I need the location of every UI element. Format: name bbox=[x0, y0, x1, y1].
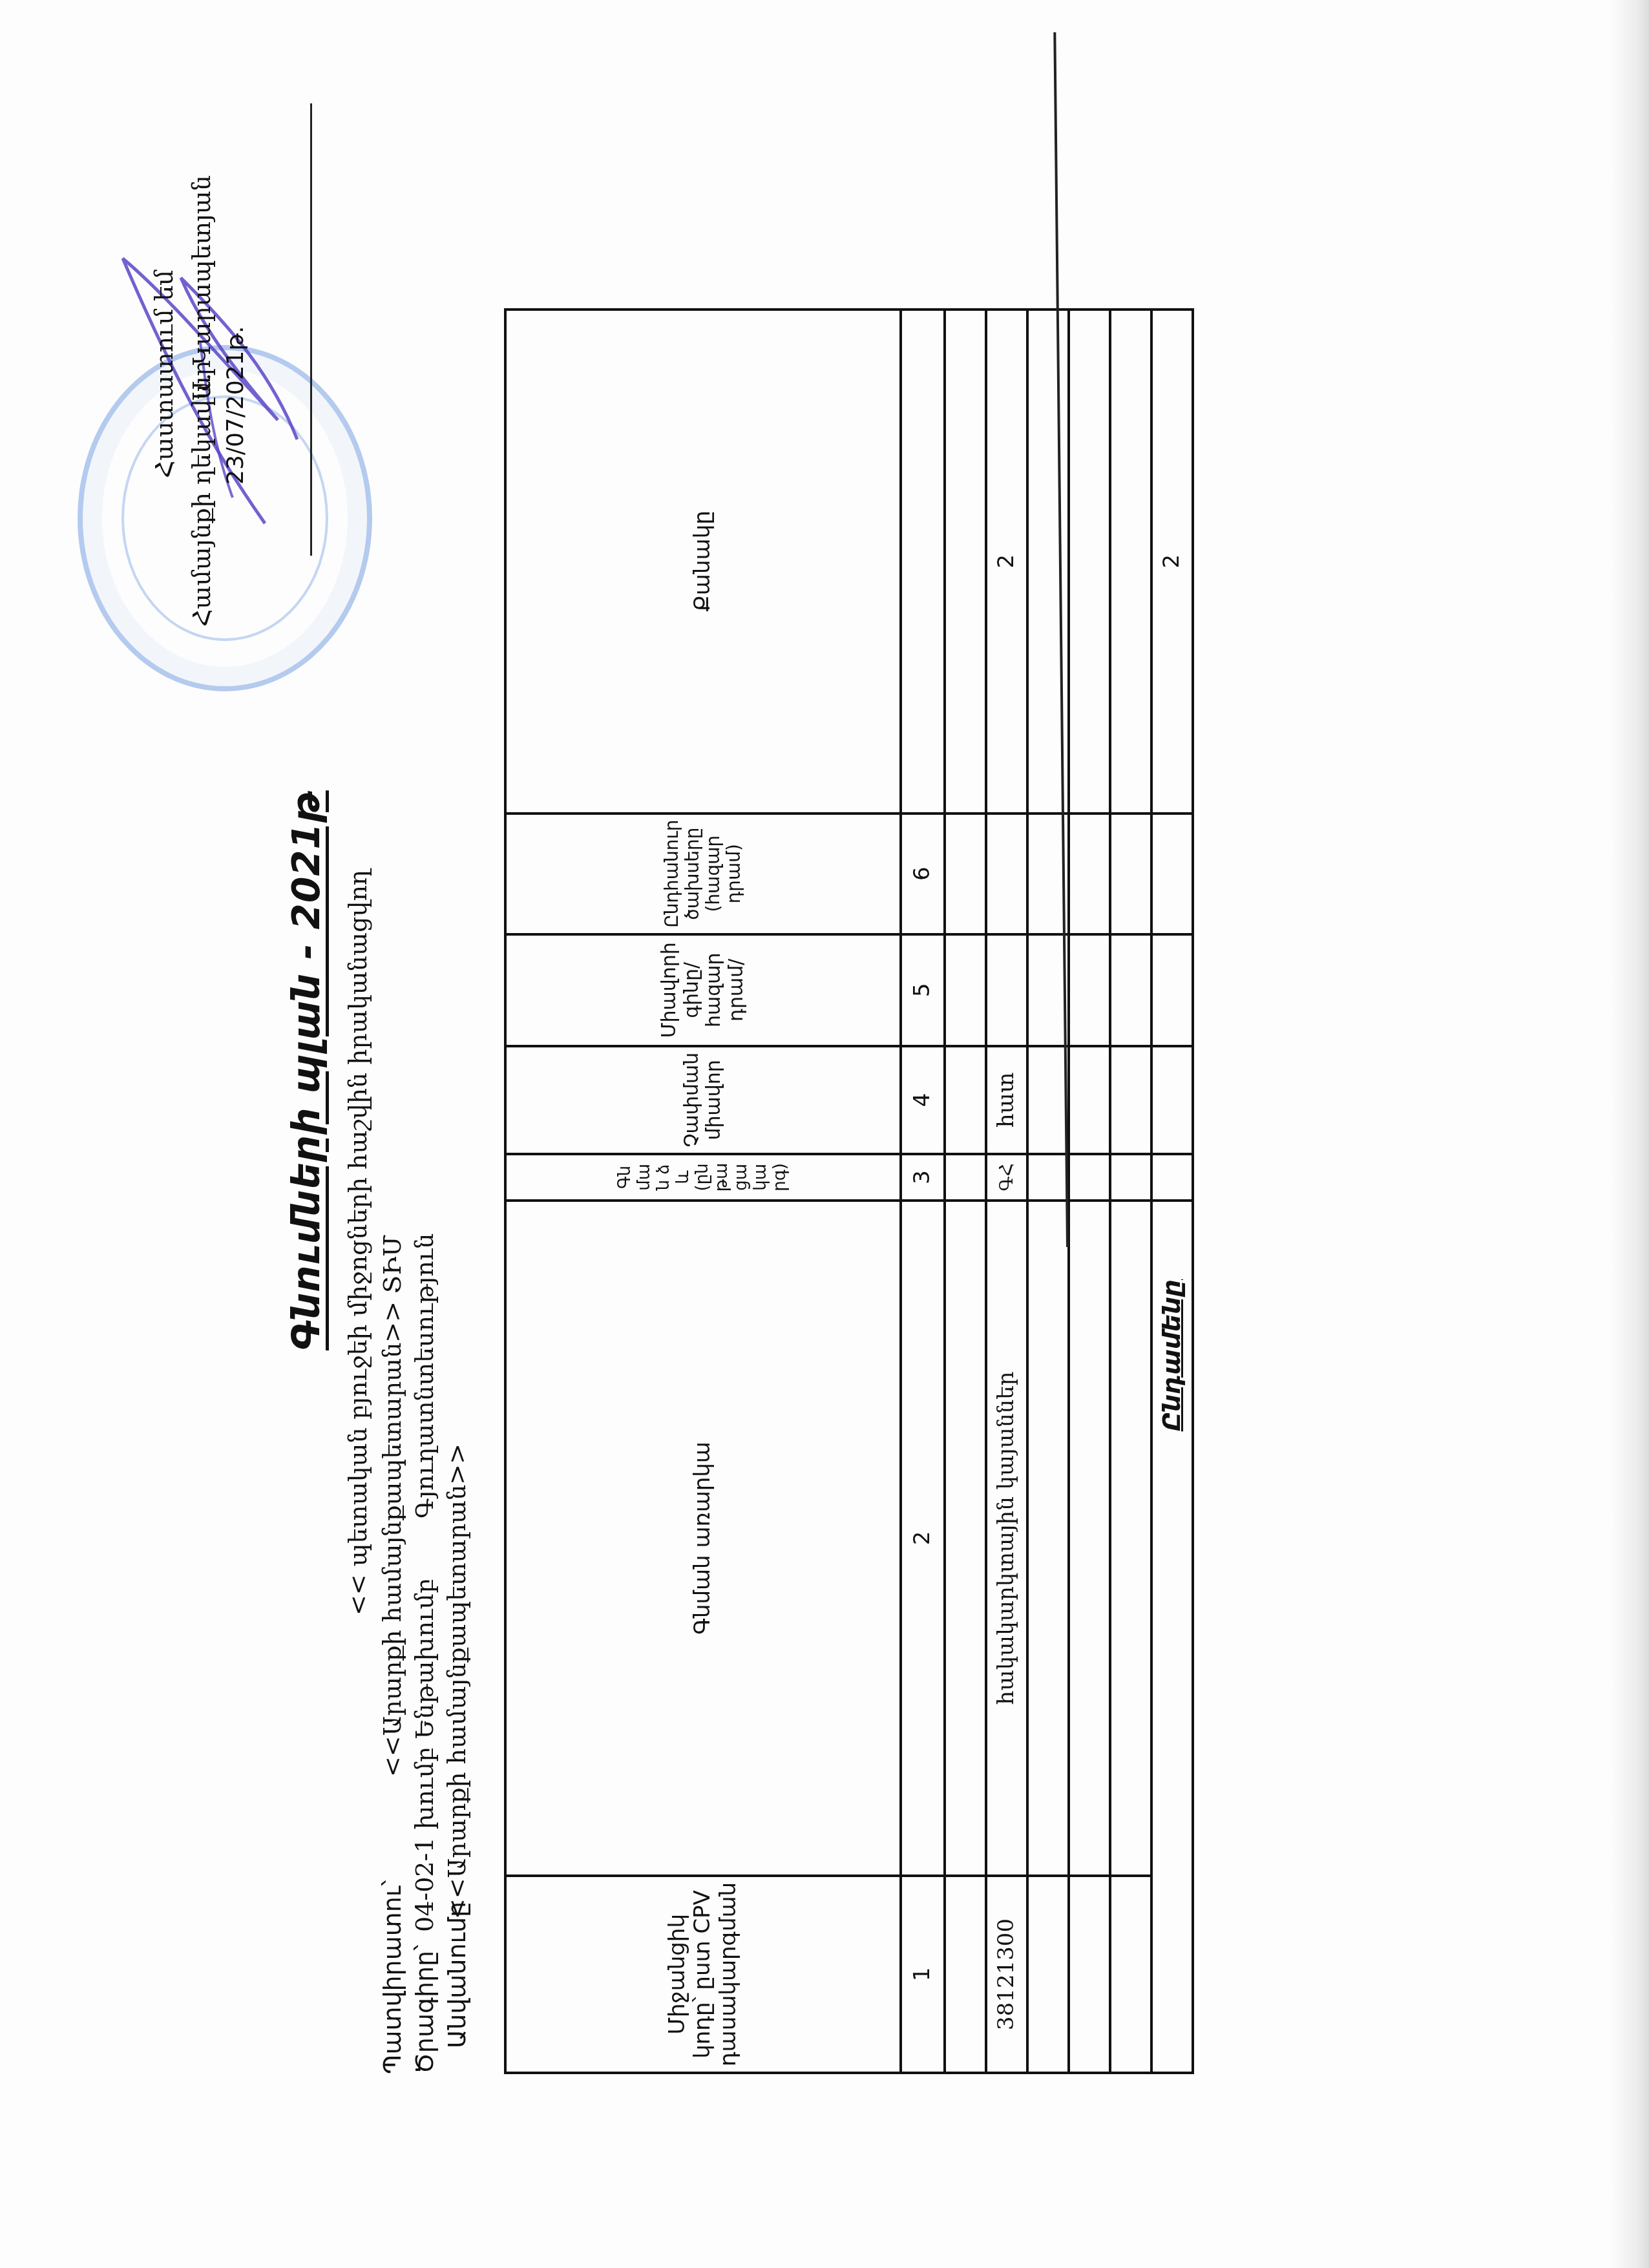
cell-unit bbox=[1069, 1046, 1110, 1154]
cell-item bbox=[1027, 1201, 1069, 1876]
cell-qty bbox=[1110, 310, 1151, 814]
cell-unit bbox=[945, 1046, 986, 1154]
column-number-row: 1 2 3 4 5 6 bbox=[901, 310, 945, 2073]
cell-method: ԳՀ bbox=[986, 1154, 1027, 1201]
cell-unit bbox=[1027, 1046, 1069, 1154]
document-page: Հաստատում եմ Համայնքի ղեկավար Ա. Կարապետ… bbox=[0, 0, 1649, 2268]
total-qty: 2 bbox=[1151, 310, 1193, 814]
table-row bbox=[945, 310, 986, 2073]
approved-label: Հաստատում եմ bbox=[150, 270, 178, 478]
cell-qty: 2 bbox=[986, 310, 1027, 814]
cell-qty bbox=[945, 310, 986, 814]
colnum-1: 1 bbox=[901, 1876, 945, 2073]
total-unit-price bbox=[1151, 934, 1193, 1046]
cell-unit: հատ bbox=[986, 1046, 1027, 1154]
table-row: 38121300 հակակարկտային կայաններ ԳՀ հատ 2 bbox=[986, 310, 1027, 2073]
cell-cpv bbox=[1069, 1876, 1110, 2073]
customer-label: Պատվիրատու՝ bbox=[378, 1880, 406, 2074]
name-label: Անվանումը bbox=[443, 1902, 471, 2048]
header-item: Գնման առարկա bbox=[505, 1201, 901, 1876]
table-row bbox=[1027, 310, 1069, 2073]
cell-method bbox=[1110, 1154, 1151, 1201]
colnum-7 bbox=[901, 310, 945, 814]
table-row bbox=[1110, 310, 1151, 2073]
cell-method bbox=[1027, 1154, 1069, 1201]
cell-total bbox=[1069, 814, 1110, 934]
cell-unit-price bbox=[1069, 934, 1110, 1046]
colnum-4: 4 bbox=[901, 1046, 945, 1154]
cell-unit-price bbox=[986, 934, 1027, 1046]
table-row bbox=[1069, 310, 1110, 2073]
program-value: 04-02-1 խումբ Ենթախումբ bbox=[410, 1579, 439, 1932]
cell-unit-price bbox=[945, 934, 986, 1046]
total-row: Ընդամենը 2 bbox=[1151, 310, 1193, 2073]
cell-item: հակակարկտային կայաններ bbox=[986, 1201, 1027, 1876]
cell-cpv: 38121300 bbox=[986, 1876, 1027, 2073]
cell-cpv bbox=[945, 1876, 986, 2073]
approver-name: Ա. Կարապետյան bbox=[187, 175, 216, 401]
header-qty: Քանակը bbox=[505, 310, 901, 814]
page-title: Գնումների պլան - 2021թ bbox=[284, 790, 328, 1350]
cell-total bbox=[1110, 814, 1151, 934]
customer-value: <<Արարքի համայնքապետարան>> ՏԻՄ bbox=[378, 1235, 406, 1777]
total-unit bbox=[1151, 1046, 1193, 1154]
cell-cpv bbox=[1027, 1876, 1069, 2073]
header-row: Միջանցիկ կոդը՝ ըստ CPV դասակարգման Գնման… bbox=[505, 310, 901, 2073]
program-label: Ծրագիրը՝ bbox=[410, 1945, 439, 2074]
cell-unit bbox=[1110, 1046, 1151, 1154]
header-unit: Չափման միավոր bbox=[505, 1046, 901, 1154]
approval-date: 23/07/2021թ. bbox=[222, 326, 249, 485]
cell-item bbox=[1110, 1201, 1151, 1876]
name-value: <<Արարքի համայնքապետարան>> bbox=[443, 1444, 471, 1919]
header-total: Ընդհանուր ծախսերը (հազար դրամ) bbox=[505, 814, 901, 934]
header-method: Գնման ձև (ընթացակարգ) bbox=[505, 1154, 901, 1201]
cell-item bbox=[1069, 1201, 1110, 1876]
total-sum bbox=[1151, 814, 1193, 934]
cell-total bbox=[945, 814, 986, 934]
total-method bbox=[1151, 1154, 1193, 1201]
cell-method bbox=[1069, 1154, 1110, 1201]
header-cpv: Միջանցիկ կոդը՝ ըստ CPV դասակարգման bbox=[505, 1876, 901, 2073]
colnum-3: 3 bbox=[901, 1154, 945, 1201]
procurement-table: Միջանցիկ կոդը՝ ըստ CPV դասակարգման Գնման… bbox=[504, 308, 1194, 2074]
colnum-5: 5 bbox=[901, 934, 945, 1046]
program-extra: Գյուղատնտեսություն bbox=[410, 1233, 439, 1518]
colnum-2: 2 bbox=[901, 1201, 945, 1876]
cell-cpv bbox=[1110, 1876, 1151, 2073]
cell-total bbox=[986, 814, 1027, 934]
cell-method bbox=[945, 1154, 986, 1201]
page-subtitle: << պետական բյուջեի միջոցների հաշվին իրակ… bbox=[344, 870, 372, 1615]
colnum-6: 6 bbox=[901, 814, 945, 934]
cell-unit-price bbox=[1110, 934, 1151, 1046]
cell-qty bbox=[1069, 310, 1110, 814]
approval-divider bbox=[310, 103, 312, 556]
total-label: Ընդամենը bbox=[1157, 1279, 1186, 1431]
header-unit-price: Միավորի գինը/հազար դրամ/ bbox=[505, 934, 901, 1046]
cell-item bbox=[945, 1201, 986, 1876]
total-label-cell: Ընդամենը bbox=[1151, 1201, 1193, 2073]
